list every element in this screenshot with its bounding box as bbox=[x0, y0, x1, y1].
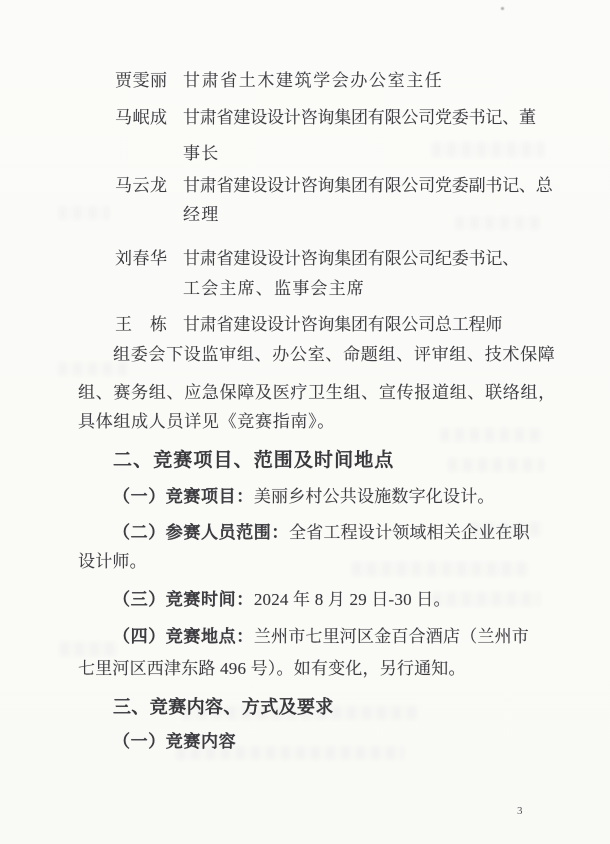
member-title: 甘肃省土木建筑学会办公室主任 bbox=[183, 70, 443, 91]
item-text: 美丽乡村公共设施数字化设计。 bbox=[254, 487, 495, 506]
scan-speck bbox=[501, 7, 504, 10]
page-number: 3 bbox=[517, 805, 523, 817]
section2-item-2: （二）参赛人员范围：全省工程设计领域相关企业在职 bbox=[113, 522, 530, 543]
section3-heading: 三、竞赛内容、方式及要求 bbox=[113, 697, 334, 718]
member-title: 甘肃省建设设计咨询集团有限公司党委副书记、总 bbox=[183, 175, 553, 196]
bleedthrough-smudge bbox=[455, 216, 543, 230]
member-title: 甘肃省建设设计咨询集团有限公司总工程师 bbox=[183, 314, 502, 335]
bleedthrough-smudge bbox=[440, 428, 544, 442]
section2-item-3: （三）竞赛时间：2024 年 8 月 29 日-30 日。 bbox=[113, 589, 451, 610]
member-row: 王 栋 甘肃省建设设计咨询集团有限公司总工程师 bbox=[115, 314, 502, 335]
member-title-wrap: 经理 bbox=[183, 204, 219, 225]
item-text: 兰州市七里河区金百合酒店（兰州市 bbox=[254, 627, 529, 646]
bleedthrough-smudge bbox=[58, 206, 110, 220]
section2-item-4: （四）竞赛地点：兰州市七里河区金百合酒店（兰州市 bbox=[113, 626, 529, 647]
member-name: 马岷成 bbox=[115, 107, 183, 128]
section2-item-2-wrap: 设计师。 bbox=[78, 551, 147, 572]
item-label: （四）竞赛地点： bbox=[113, 627, 254, 646]
item-text: 2024 年 8 月 29 日-30 日。 bbox=[254, 590, 451, 609]
member-row: 贾雯丽 甘肃省土木建筑学会办公室主任 bbox=[115, 70, 443, 91]
member-name: 王 栋 bbox=[115, 314, 183, 335]
item-label: （三）竞赛时间： bbox=[113, 590, 254, 609]
member-row: 马岷成 甘肃省建设设计咨询集团有限公司党委书记、董 bbox=[115, 107, 536, 128]
committee-note-line: 具体组成人员详见《竞赛指南》。 bbox=[78, 411, 335, 432]
section2-heading: 二、竞赛项目、范围及时间地点 bbox=[113, 450, 394, 471]
bleedthrough-smudge bbox=[60, 642, 118, 656]
member-row: 马云龙 甘肃省建设设计咨询集团有限公司党委副书记、总 bbox=[115, 175, 553, 196]
member-title: 甘肃省建设设计咨询集团有限公司党委书记、董 bbox=[183, 107, 536, 128]
bleedthrough-smudge bbox=[432, 142, 544, 157]
item-label: （一）竞赛项目： bbox=[113, 487, 254, 506]
member-row: 刘春华 甘肃省建设设计咨询集团有限公司纪委书记、 bbox=[115, 248, 519, 269]
document-page: 贾雯丽 甘肃省土木建筑学会办公室主任 马岷成 甘肃省建设设计咨询集团有限公司党委… bbox=[0, 0, 610, 844]
section3-item-1: （一）竞赛内容 bbox=[113, 731, 236, 752]
member-title-wrap: 事长 bbox=[183, 143, 219, 164]
section2-item-4-wrap: 七里河区西津东路 496 号）。如有变化，另行通知。 bbox=[78, 658, 466, 679]
item-text: 全省工程设计领域相关企业在职 bbox=[289, 523, 530, 542]
bleedthrough-smudge bbox=[352, 562, 528, 576]
member-name: 马云龙 bbox=[115, 175, 183, 196]
member-name: 刘春华 bbox=[115, 248, 183, 269]
member-name: 贾雯丽 bbox=[115, 70, 183, 91]
committee-note-line: 组委会下设监审组、办公室、命题组、评审组、技术保障 bbox=[113, 344, 556, 365]
bleedthrough-smudge bbox=[448, 458, 544, 472]
member-title: 甘肃省建设设计咨询集团有限公司纪委书记、 bbox=[183, 248, 519, 269]
committee-note-line: 组、赛务组、应急保障及医疗卫生组、宣传报道组、联络组， bbox=[78, 382, 556, 403]
section2-item-1: （一）竞赛项目：美丽乡村公共设施数字化设计。 bbox=[113, 486, 495, 507]
member-title-wrap: 工会主席、监事会主席 bbox=[183, 278, 365, 299]
item-label: （二）参赛人员范围： bbox=[113, 523, 289, 542]
